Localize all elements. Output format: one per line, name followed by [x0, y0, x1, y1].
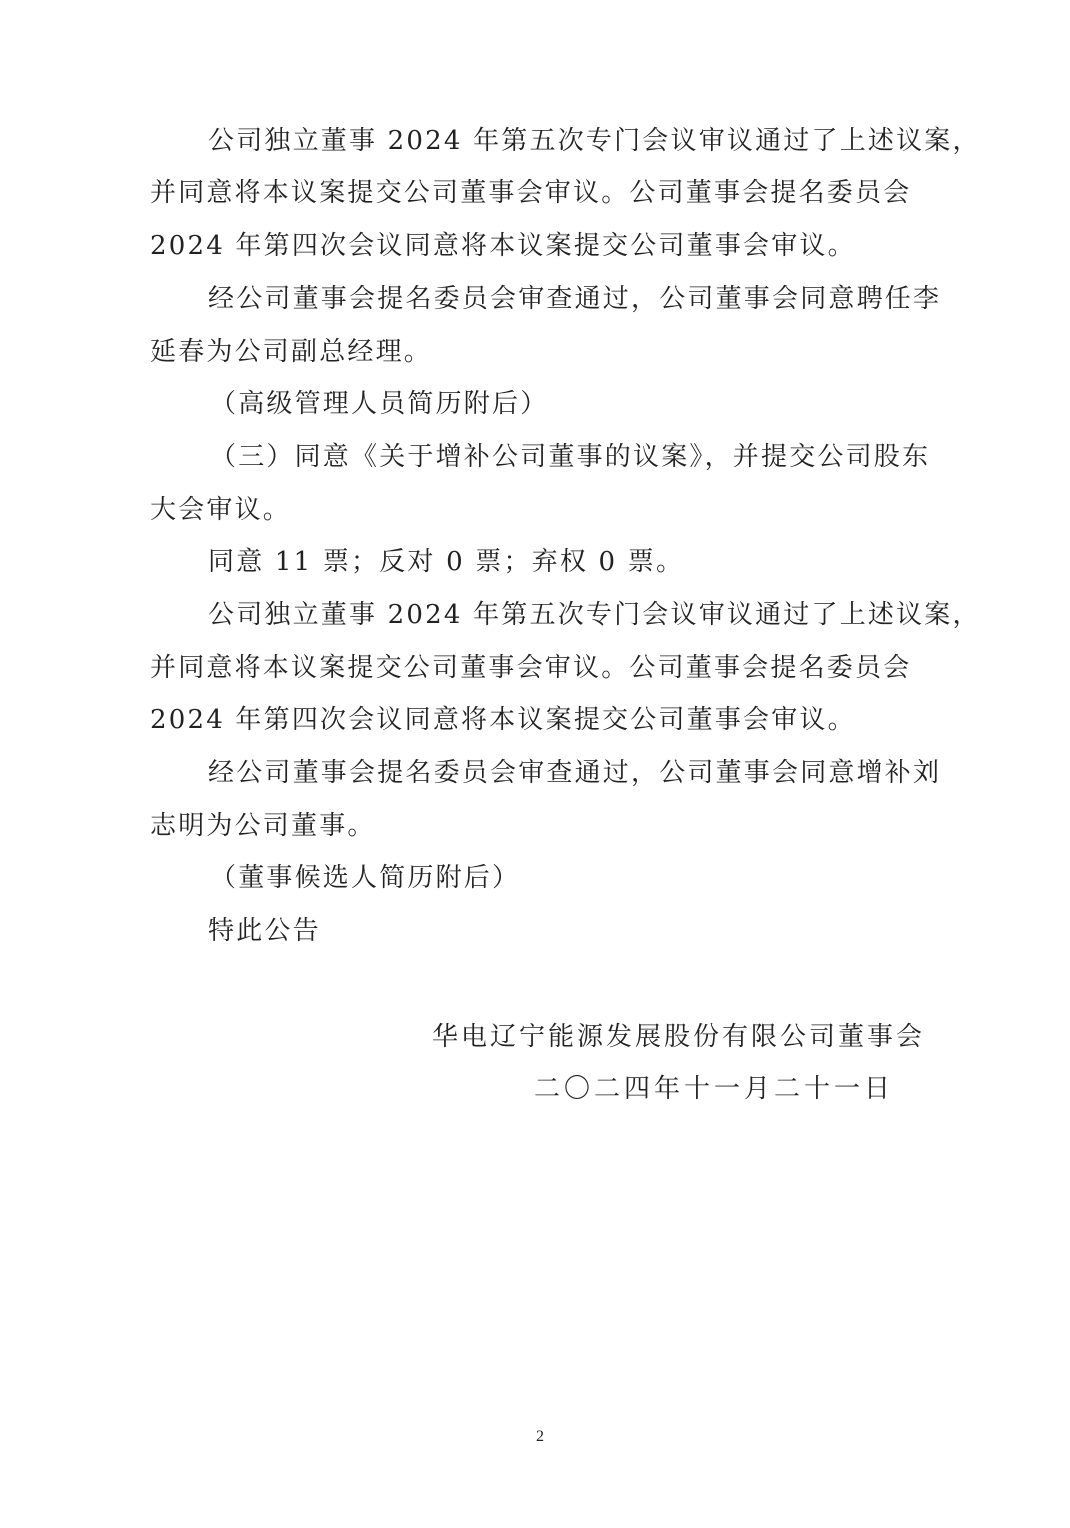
- paragraph-line: 公司独立董事 2024 年第五次专门会议审议通过了上述议案，: [208, 126, 981, 156]
- signature-organization: 华电辽宁能源发展股份有限公司董事会: [432, 1022, 925, 1052]
- paragraph-line: 2024 年第四次会议同意将本议案提交公司董事会审议。: [150, 705, 856, 735]
- signature-date: 二〇二四年十一月二十一日: [534, 1074, 894, 1104]
- paragraph-line: （高级管理人员简历附后）: [210, 389, 548, 419]
- paragraph-line: 延春为公司副总经理。: [150, 337, 432, 367]
- paragraph-line: 并同意将本议案提交公司董事会审议。公司董事会提名委员会: [150, 653, 911, 683]
- paragraph-line: 2024 年第四次会议同意将本议案提交公司董事会审议。: [150, 231, 856, 261]
- vote-result: 同意 11 票；反对 0 票；弃权 0 票。: [208, 547, 684, 577]
- paragraph-line: 志明为公司董事。: [150, 811, 376, 841]
- paragraph-line: （董事候选人简历附后）: [210, 863, 520, 893]
- paragraph-line: （三）同意《关于增补公司董事的议案》，并提交公司股东: [210, 442, 930, 472]
- paragraph-line: 并同意将本议案提交公司董事会审议。公司董事会提名委员会: [150, 178, 911, 208]
- paragraph-line: 大会审议。: [150, 495, 291, 525]
- page-number: 2: [536, 1428, 544, 1446]
- document-page: 公司独立董事 2024 年第五次专门会议审议通过了上述议案， 并同意将本议案提交…: [0, 0, 1070, 1528]
- closing-line: 特此公告: [208, 916, 321, 946]
- paragraph-line: 经公司董事会提名委员会审查通过，公司董事会同意聘任李: [208, 284, 941, 314]
- paragraph-line: 经公司董事会提名委员会审查通过，公司董事会同意增补刘: [208, 758, 941, 788]
- paragraph-line: 公司独立董事 2024 年第五次专门会议审议通过了上述议案，: [208, 600, 981, 630]
